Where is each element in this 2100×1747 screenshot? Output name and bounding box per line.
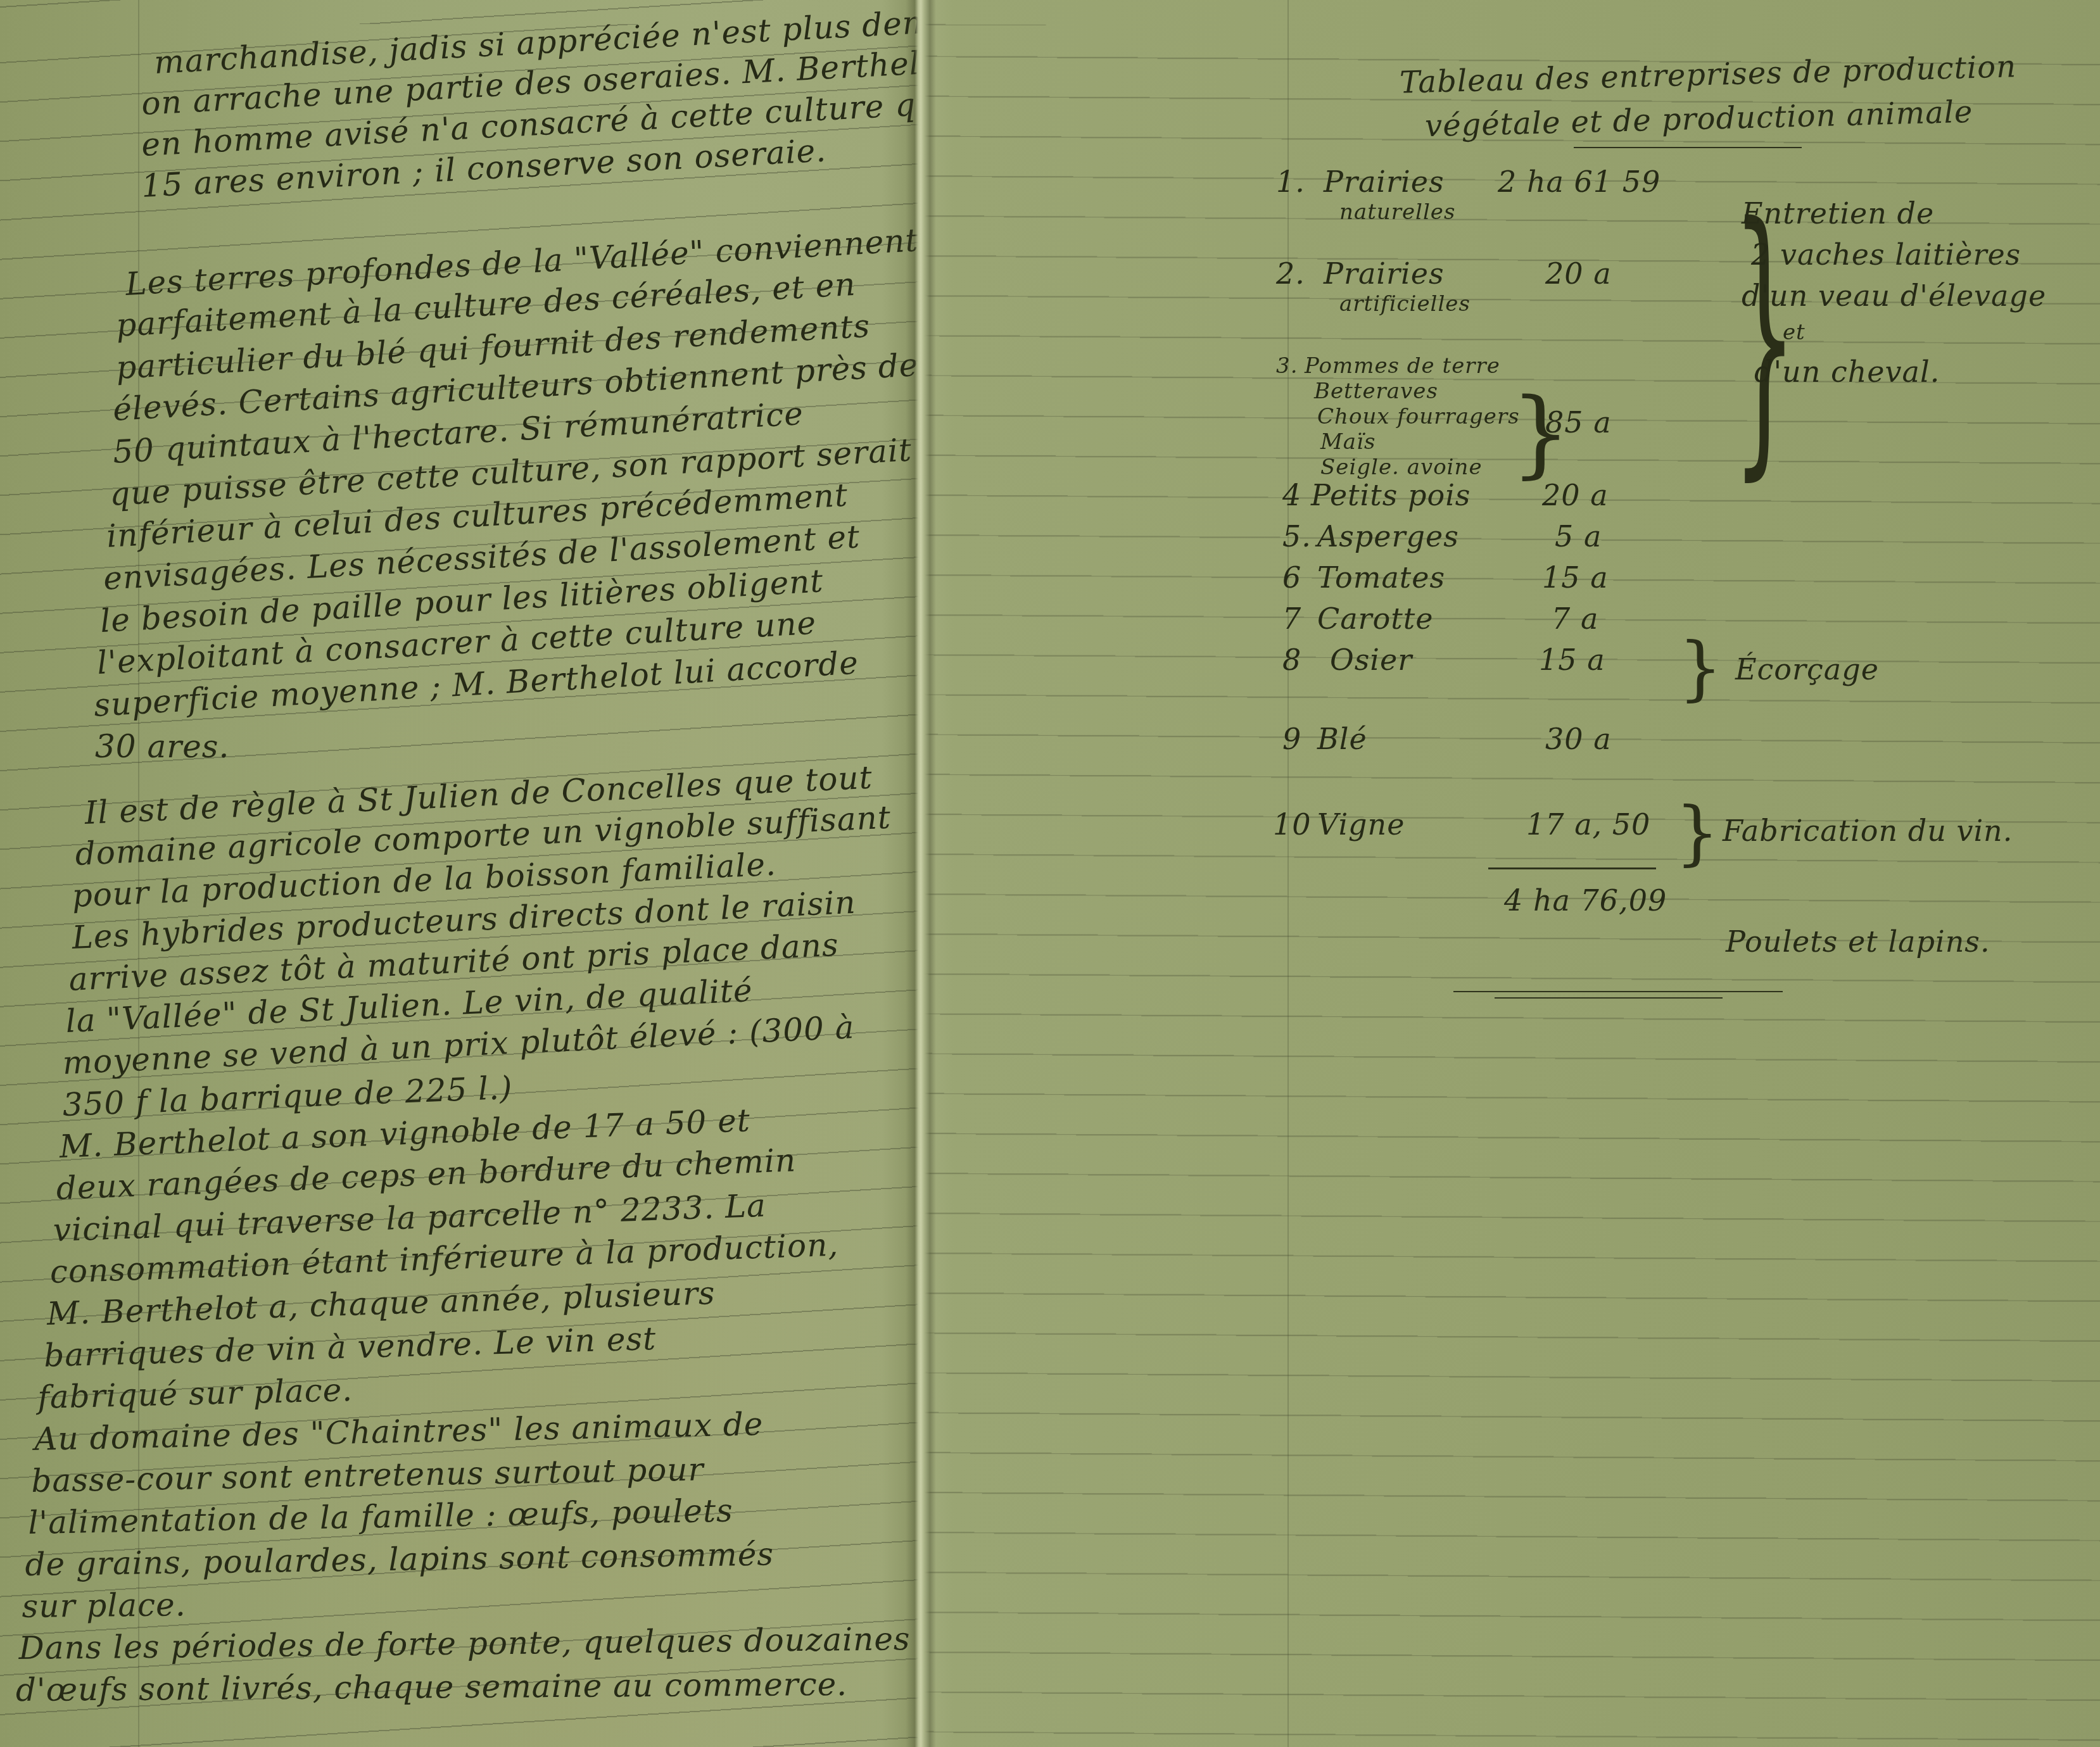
livestock-note: et	[1783, 320, 1806, 345]
text-line: 30 ares.	[95, 728, 229, 765]
row-area: 20 a	[1545, 256, 1612, 291]
row-crop: Osier	[1330, 643, 1412, 677]
row-crop-sub: artificielles	[1339, 291, 1471, 317]
row-area: 15 a	[1539, 643, 1605, 677]
row-crop: Asperges	[1317, 519, 1459, 553]
brace-icon: }	[1675, 798, 1719, 867]
row-number: 9	[1282, 722, 1301, 756]
row-number: 7	[1282, 602, 1301, 636]
row-number: 4	[1282, 478, 1301, 512]
row-area: 2 ha 61 59	[1498, 165, 1660, 199]
row-crop: Pommes de terre	[1305, 353, 1500, 379]
livestock-note: d'un cheval.	[1754, 355, 1940, 389]
row-area: 5 a	[1555, 519, 1602, 553]
row-crop-sub: Maïs	[1320, 429, 1376, 455]
row-area: 30 a	[1545, 722, 1612, 756]
book-spine	[906, 0, 936, 1747]
row-crop: Prairies	[1324, 256, 1445, 291]
row-crop: Carotte	[1317, 602, 1434, 636]
text-line: fabriqué sur place.	[37, 1372, 353, 1416]
text-line: d'œufs sont livrés, chaque semaine au co…	[16, 1666, 848, 1708]
row-crop: Tomates	[1317, 560, 1445, 595]
livestock-note: Entretien de	[1742, 196, 1934, 230]
row-area: 15 a	[1542, 560, 1609, 595]
row-crop-sub: Betteraves	[1314, 379, 1438, 404]
title-underline	[1574, 147, 1802, 148]
row-number: 3.	[1276, 353, 1298, 379]
poultry-note: Poulets et lapins.	[1726, 924, 1990, 959]
row-number: 10	[1273, 807, 1312, 842]
vigne-note: Fabrication du vin.	[1723, 814, 2013, 848]
total-area: 4 ha 76,09	[1504, 883, 1667, 918]
row-crop-sub: Seigle. avoine	[1320, 455, 1483, 480]
closing-rule	[1495, 997, 1723, 999]
row-area: 20 a	[1542, 478, 1609, 512]
livestock-note: d'un veau d'élevage	[1742, 279, 2046, 313]
brace-icon: }	[1678, 633, 1723, 703]
closing-rule	[1453, 991, 1783, 992]
row-crop: Blé	[1317, 722, 1367, 756]
row-number: 5.	[1282, 519, 1312, 553]
row-number: 8	[1282, 643, 1301, 677]
text-line: sur place.	[22, 1586, 186, 1625]
row-crop-sub: Choux fourragers	[1317, 404, 1520, 429]
row-crop: Vigne	[1317, 807, 1405, 842]
right-page: Tableau des entreprises de production vé…	[918, 0, 2100, 1747]
row-number: 6	[1282, 560, 1301, 595]
row-area: 85 a	[1545, 405, 1612, 439]
row-number: 2.	[1276, 256, 1305, 291]
row-crop-sub: naturelles	[1339, 199, 1455, 225]
row-area: 7 a	[1552, 602, 1598, 636]
row-crop: Petits pois	[1311, 478, 1471, 512]
left-page: marchandise, jadis si appréciée n'est pl…	[0, 0, 918, 1747]
row-area: 17 a, 50	[1526, 807, 1650, 842]
total-rule	[1488, 867, 1656, 869]
livestock-note: 2 vaches laitières	[1751, 237, 2021, 272]
osier-note: Écorçage	[1735, 652, 1879, 686]
row-crop: Prairies	[1324, 165, 1445, 199]
row-number: 1.	[1276, 165, 1305, 199]
